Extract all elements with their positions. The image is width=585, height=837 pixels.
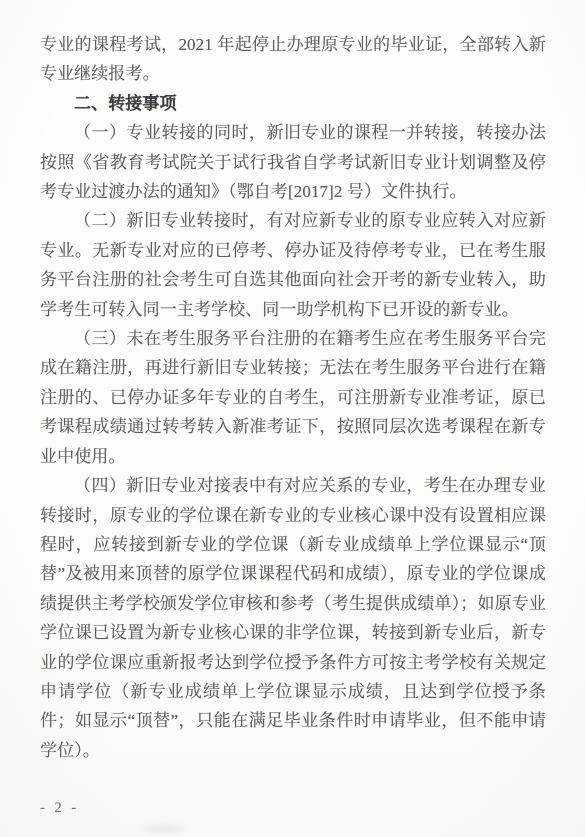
document-body: 专业的课程考试，2021 年起停止办理原专业的毕业证，全部转入新专业继续报考。 … [40,30,546,765]
paragraph-item-1: （一）专业转接的同时，新旧专业的课程一并转接，转接办法按照《省教育考试院关于试行… [40,118,546,206]
paragraph-continuation: 专业的课程考试，2021 年起停止办理原专业的毕业证，全部转入新专业继续报考。 [40,30,546,89]
paragraph-item-4: （四）新旧专业对接表中有对应关系的专业，考生在办理专业转接时，原专业的学位课在新… [40,471,546,765]
page-number: - 2 - [40,800,79,817]
scanned-document-page: 专业的课程考试，2021 年起停止办理原专业的毕业证，全部转入新专业继续报考。 … [0,0,585,837]
section-heading-transfer-matters: 二、转接事项 [40,89,546,118]
paragraph-item-2: （二）新旧专业转接时，有对应新专业的原专业应转入对应新专业。无新专业对应的已停考… [40,206,546,324]
scan-smudge-artifact [142,824,186,833]
paragraph-item-3: （三）未在考生服务平台注册的在籍考生应在考生服务平台完成在籍注册，再进行新旧专业… [40,324,546,471]
